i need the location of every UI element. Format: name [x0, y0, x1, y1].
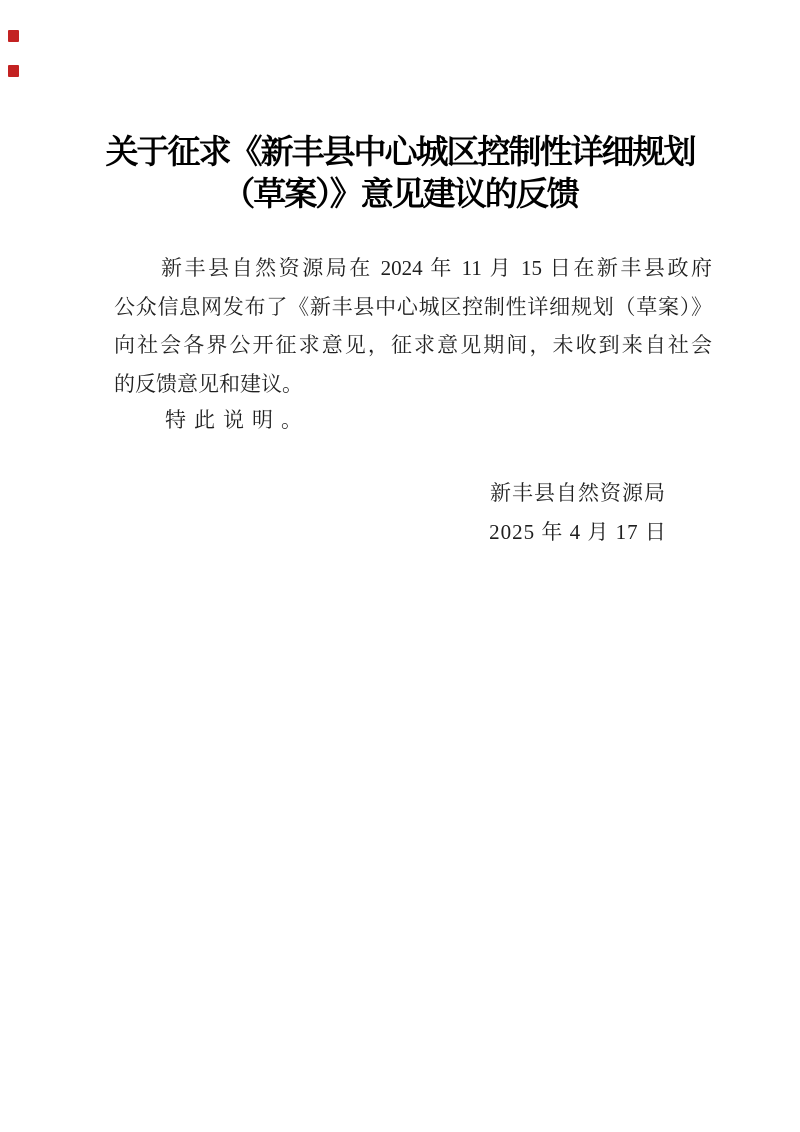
signature-organization: 新丰县自然资源局 [400, 474, 756, 513]
signature-date: 2025 年 4 月 17 日 [400, 513, 756, 552]
signature-block: 新丰县自然资源局 2025 年 4 月 17 日 [400, 474, 756, 551]
document-title-line-1: 关于征求《新丰县中心城区控制性详细规划 [0, 132, 800, 174]
body-line-1: 新丰县自然资源局在 2024 年 11 月 15 日在新丰县政府 [114, 249, 712, 288]
body-line-3: 向社会各界公开征求意见，征求意见期间，未收到来自社会 [114, 326, 712, 365]
red-mark-top [8, 30, 19, 42]
document-body: 新丰县自然资源局在 2024 年 11 月 15 日在新丰县政府 公众信息网发布… [114, 249, 712, 440]
red-mark-bottom [8, 65, 19, 77]
body-line-4: 的反馈意见和建议。 [114, 365, 712, 404]
body-line-2: 公众信息网发布了《新丰县中心城区控制性详细规划（草案）》 [114, 288, 712, 327]
closing-remark: 特此说明。 [114, 401, 712, 440]
document-title: 关于征求《新丰县中心城区控制性详细规划 （草案）》意见建议的反馈 [0, 132, 800, 216]
document-page: 关于征求《新丰县中心城区控制性详细规划 （草案）》意见建议的反馈 新丰县自然资源… [0, 0, 800, 1132]
document-title-line-2: （草案）》意见建议的反馈 [0, 174, 800, 216]
